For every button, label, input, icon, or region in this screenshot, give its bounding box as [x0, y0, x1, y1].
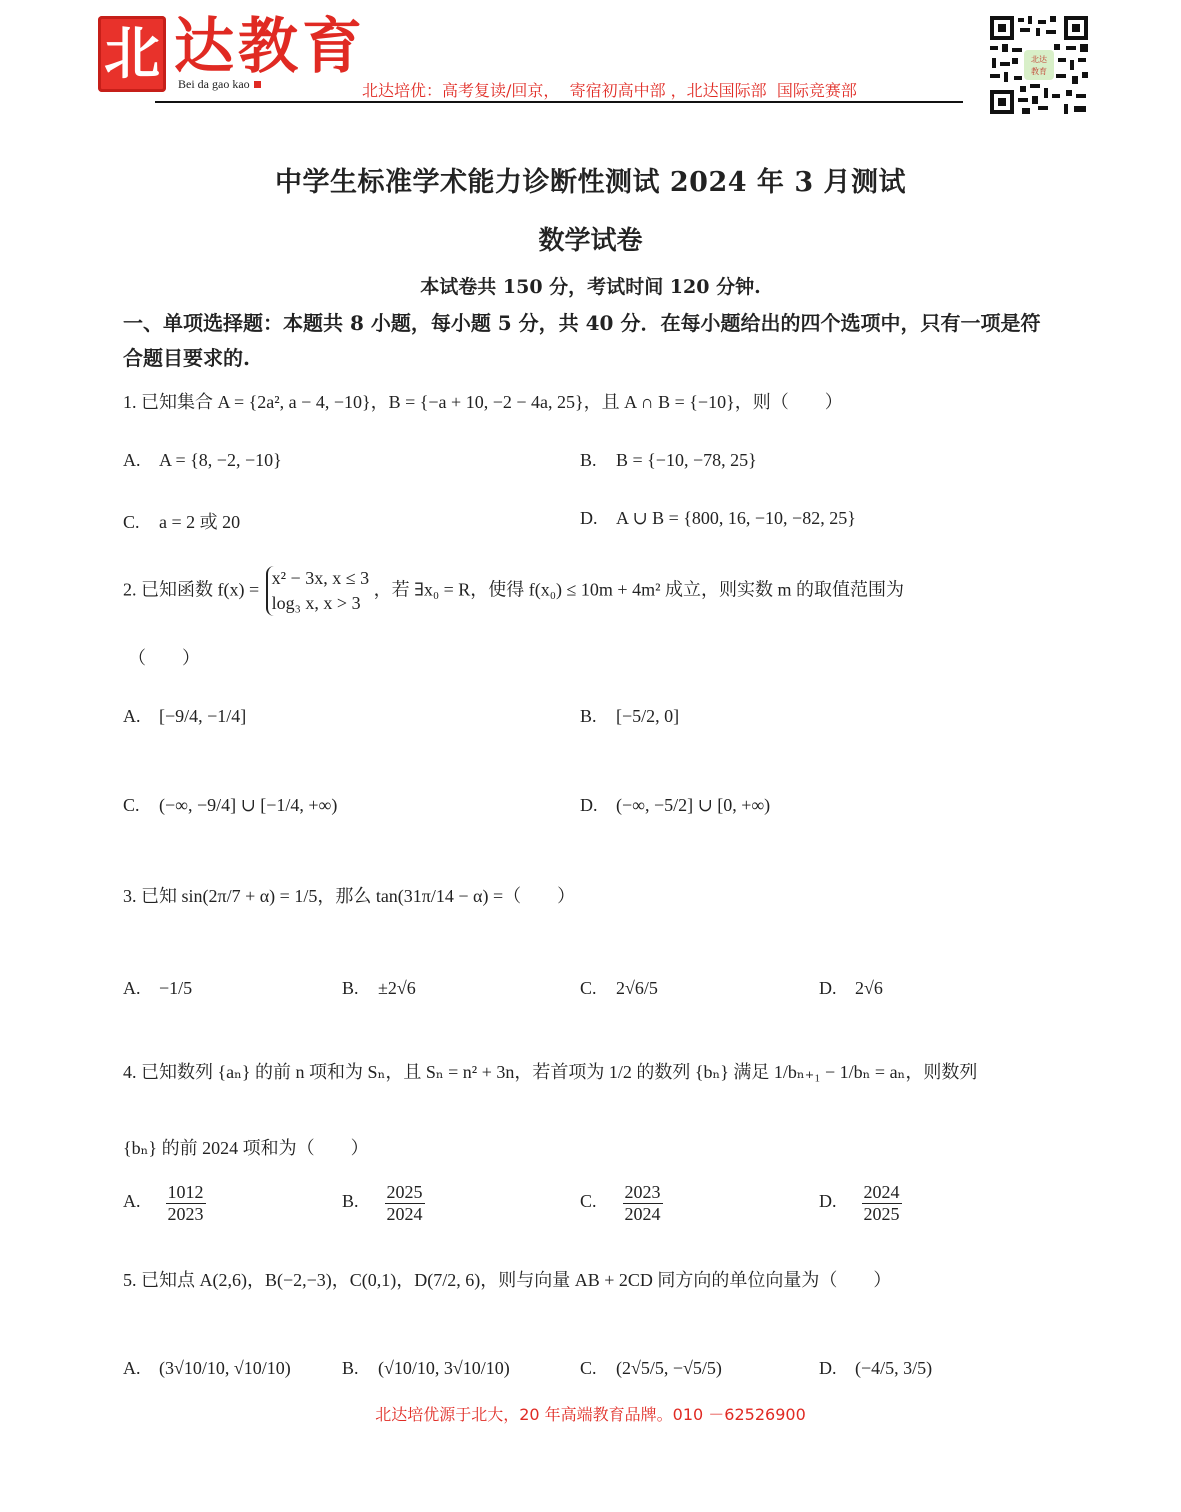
numerator: 2023 [623, 1182, 663, 1204]
question-4-option-b[interactable]: B. 20252024 [342, 1182, 427, 1224]
question-5-option-c[interactable]: C.(2√5/5, −√5/5) [580, 1358, 722, 1379]
option-text: (2√5/5, −√5/5) [616, 1358, 722, 1378]
question-number: 5. [123, 1270, 137, 1290]
question-text-suffix: ，若 ∃x₀ = R，使得 f(x₀) ≤ 10m + 4m² 成立，则实数 m… [374, 579, 904, 599]
question-4-option-d[interactable]: D. 20242025 [819, 1182, 904, 1224]
option-letter: A. [123, 450, 159, 471]
header-divider [155, 101, 963, 103]
question-text: 已知数列 {aₙ} 的前 n 项和为 Sₙ，且 Sₙ = n² + 3n，若首项… [141, 1062, 977, 1082]
logo-subtitle-text: Bei da gao kao [178, 77, 250, 91]
logo-glyph: 北 [98, 20, 166, 88]
option-letter: D. [819, 978, 855, 999]
fraction: 20252024 [385, 1182, 425, 1224]
fraction: 20242025 [862, 1182, 902, 1224]
option-letter: C. [580, 1191, 616, 1212]
option-text: a = 2 或 20 [159, 512, 240, 532]
question-1-option-b[interactable]: B.B = {−10, −78, 25} [580, 450, 757, 471]
question-4-stem: 4. 已知数列 {aₙ} 的前 n 项和为 Sₙ，且 Sₙ = n² + 3n，… [123, 1060, 977, 1084]
option-letter: C. [580, 1358, 616, 1379]
piecewise-function: x² − 3x, x ≤ 3 log₃ x, x > 3 [266, 566, 369, 616]
footer-contact: 北达培优源于北大，20 年高端教育品牌。010 －62526900 [0, 1402, 1181, 1425]
logo-mark: 北 [98, 16, 166, 92]
question-1-option-a[interactable]: A.A = {8, −2, −10} [123, 450, 282, 471]
question-3-option-d[interactable]: D.2√6 [819, 978, 883, 999]
option-letter: B. [580, 450, 616, 471]
question-2-option-b[interactable]: B.[−5/2, 0] [580, 706, 679, 727]
question-number: 1. [123, 392, 137, 412]
option-letter: C. [123, 512, 159, 533]
question-number: 4. [123, 1062, 137, 1082]
denominator: 2024 [625, 1204, 661, 1225]
red-square-icon [254, 81, 261, 88]
question-5-option-d[interactable]: D.(−4/5, 3/5) [819, 1358, 932, 1379]
option-text: A = {8, −2, −10} [159, 450, 282, 470]
option-letter: A. [123, 706, 159, 727]
option-text: [−9/4, −1/4] [159, 706, 246, 726]
question-5-option-a[interactable]: A.(3√10/10, √10/10) [123, 1358, 291, 1379]
option-letter: D. [819, 1191, 855, 1212]
fraction: 10122023 [166, 1182, 206, 1224]
denominator: 2025 [864, 1204, 900, 1225]
question-2-option-a[interactable]: A.[−9/4, −1/4] [123, 706, 246, 727]
numerator: 1012 [166, 1182, 206, 1204]
option-letter: C. [123, 795, 159, 816]
question-5-stem: 5. 已知点 A(2,6)，B(−2,−3)，C(0,1)，D(7/2, 6)，… [123, 1268, 891, 1292]
option-letter: B. [342, 1358, 378, 1379]
option-text: [−5/2, 0] [616, 706, 679, 726]
denominator: 2023 [168, 1204, 204, 1225]
question-3-option-c[interactable]: C.2√6/5 [580, 978, 658, 999]
option-text: B = {−10, −78, 25} [616, 450, 757, 470]
option-text: ±2√6 [378, 978, 416, 998]
option-text: (−∞, −9/4] ∪ [−1/4, +∞) [159, 795, 337, 815]
exam-info: 本试卷共 150 分，考试时间 120 分钟. [0, 272, 1181, 299]
option-letter: C. [580, 978, 616, 999]
question-4-option-a[interactable]: A. 10122023 [123, 1182, 208, 1224]
section-heading: 一、单项选择题：本题共 8 小题，每小题 5 分，共 40 分．在每小题给出的四… [123, 306, 1058, 376]
option-letter: A. [123, 1358, 159, 1379]
svg-text:北达: 北达 [1031, 54, 1047, 64]
denominator: 2024 [387, 1204, 423, 1225]
option-letter: D. [819, 1358, 855, 1379]
option-text: A ∪ B = {800, 16, −10, −82, 25} [616, 508, 856, 528]
question-number: 2. [123, 579, 137, 599]
question-1-option-d[interactable]: D.A ∪ B = {800, 16, −10, −82, 25} [580, 508, 856, 529]
document-subtitle: 数学试卷 [0, 220, 1181, 257]
question-text: 已知点 A(2,6)，B(−2,−3)，C(0,1)，D(7/2, 6)，则与向… [141, 1270, 891, 1290]
question-3-option-a[interactable]: A.−1/5 [123, 978, 192, 999]
piece-2: log₃ x, x > 3 [272, 591, 369, 616]
question-text: 已知集合 A = {2a², a − 4, −10}，B = {−a + 10,… [141, 392, 843, 412]
logo-subtitle: Bei da gao kao [178, 77, 261, 92]
qr-code-icon: 北达 教育 [988, 14, 1090, 116]
option-text: −1/5 [159, 978, 192, 998]
question-3-option-b[interactable]: B.±2√6 [342, 978, 416, 999]
question-2-stem: 2. 已知函数 f(x) = x² − 3x, x ≤ 3 log₃ x, x … [123, 566, 904, 616]
option-text: 2√6/5 [616, 978, 658, 998]
option-text: 2√6 [855, 978, 883, 998]
question-3-stem: 3. 已知 sin(2π/7 + α) = 1/5，那么 tan(31π/14 … [123, 884, 575, 908]
question-2-option-d[interactable]: D.(−∞, −5/2] ∪ [0, +∞) [580, 795, 770, 816]
option-text: (3√10/10, √10/10) [159, 1358, 291, 1378]
option-text: (√10/10, 3√10/10) [378, 1358, 510, 1378]
option-letter: B. [342, 978, 378, 999]
numerator: 2025 [385, 1182, 425, 1204]
question-4-option-c[interactable]: C. 20232024 [580, 1182, 665, 1224]
question-2-option-c[interactable]: C.(−∞, −9/4] ∪ [−1/4, +∞) [123, 795, 337, 816]
option-letter: D. [580, 795, 616, 816]
question-1-option-c[interactable]: C.a = 2 或 20 [123, 508, 240, 534]
numerator: 2024 [862, 1182, 902, 1204]
option-letter: B. [580, 706, 616, 727]
question-4-stem-line2: {bₙ} 的前 2024 项和为（ ） [123, 1136, 369, 1160]
fraction: 20232024 [623, 1182, 663, 1224]
logo-text: 达教育 [174, 12, 366, 82]
document-title: 中学生标准学术能力诊断性测试 2024 年 3 月测试 [0, 160, 1181, 199]
header-tagline: 北达培优：高考复读/回京， 寄宿初高中部 ，北达国际部 国际竞赛部 [362, 78, 857, 101]
question-number: 3. [123, 886, 137, 906]
option-text: (−4/5, 3/5) [855, 1358, 932, 1378]
question-1-stem: 1. 已知集合 A = {2a², a − 4, −10}，B = {−a + … [123, 390, 843, 414]
question-text: 已知 sin(2π/7 + α) = 1/5，那么 tan(31π/14 − α… [141, 886, 575, 906]
piece-1: x² − 3x, x ≤ 3 [272, 566, 369, 591]
svg-text:教育: 教育 [1031, 66, 1047, 76]
question-5-option-b[interactable]: B.(√10/10, 3√10/10) [342, 1358, 510, 1379]
option-letter: D. [580, 508, 616, 529]
question-2-blank: （ ） [128, 646, 200, 670]
option-letter: A. [123, 978, 159, 999]
option-letter: A. [123, 1191, 159, 1212]
question-text: 已知函数 f(x) = [141, 579, 259, 599]
option-text: (−∞, −5/2] ∪ [0, +∞) [616, 795, 770, 815]
option-letter: B. [342, 1191, 378, 1212]
